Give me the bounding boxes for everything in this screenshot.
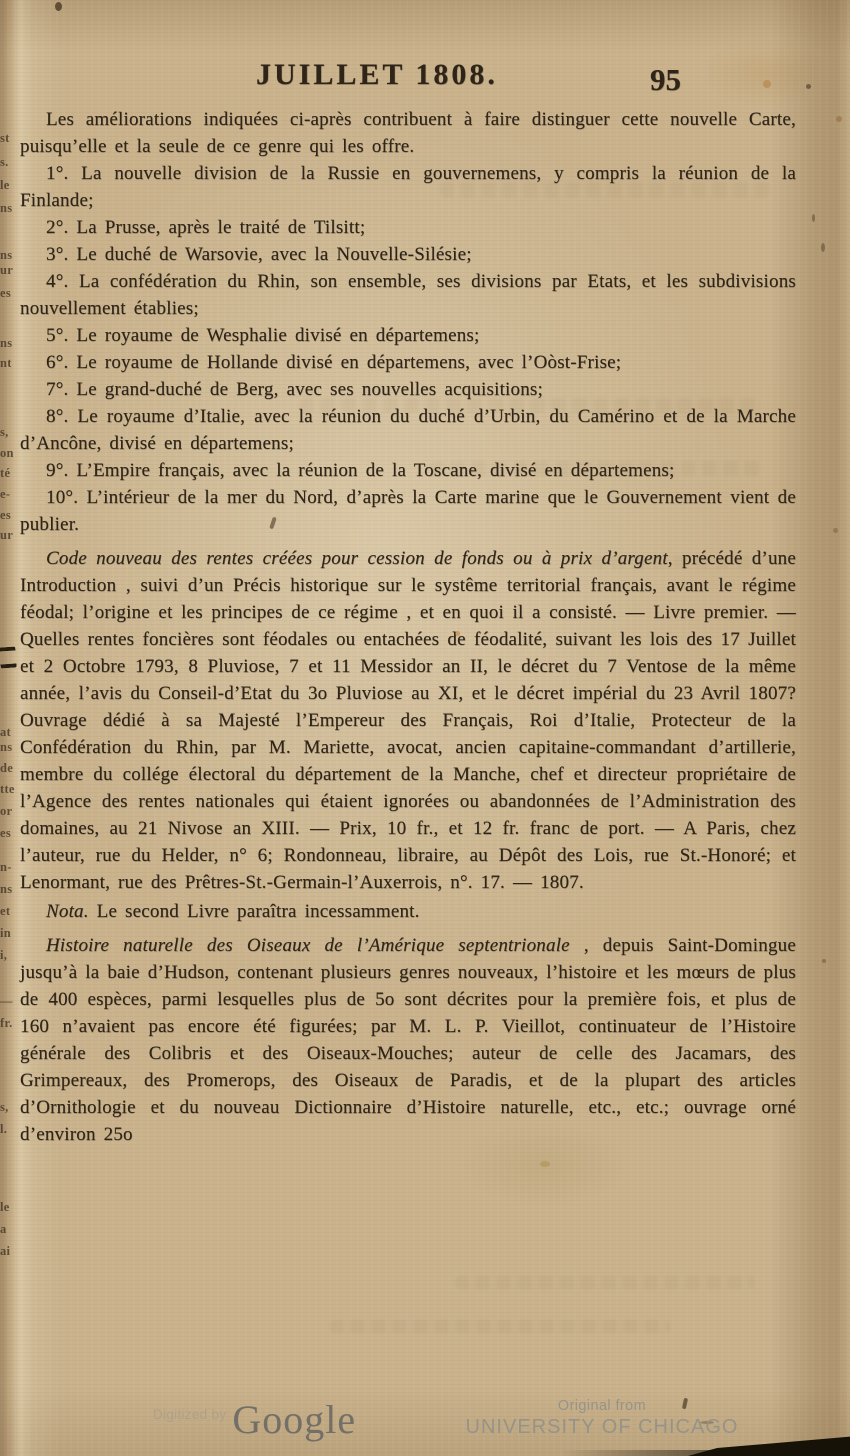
ink-speck [55,2,62,11]
margin-fragment: ns [0,336,22,350]
margin-fragment: i, [0,948,22,962]
margin-fragment: fr. [0,1016,22,1030]
ink-speck [822,959,826,963]
ink-speck [833,528,838,533]
paragraph: 6°. Le royaume de Hollande divisé en dép… [20,349,796,376]
paragraph: Nota. Le second Livre paraîtra incessamm… [20,898,796,925]
margin-fragment: ns [0,201,22,215]
margin-fragment: n- [0,860,22,874]
margin-fragment: or [0,804,22,818]
margin-fragment: ns [0,248,22,262]
institution-label: UNIVERSITY OF CHICAGO [458,1416,746,1439]
margin-fragment: ur [0,528,22,542]
margin-fragment: le [0,1200,22,1214]
paragraph: 2°. La Prusse, après le traité de Tilsit… [20,214,796,241]
body-text: Les améliorations indiquées ci-après con… [20,106,796,1148]
original-from-label: Original from [458,1398,746,1414]
book-page: JUILLET 1808. 95 Les améliorations indiq… [0,0,850,1456]
library-watermark: Original from UNIVERSITY OF CHICAGO [458,1398,746,1439]
margin-fragment: at [0,725,22,739]
margin-fragment: ai [0,1244,22,1258]
paragraph: Code nouveau des rentes créées pour cess… [20,545,796,896]
margin-fragment: — [0,994,22,1008]
paragraph: 5°. Le royaume de Wesphalie divisé en dé… [20,322,796,349]
margin-fragment: le [0,178,22,192]
paragraph: 10°. L’intérieur de la mer du Nord, d’ap… [20,484,796,538]
ink-speck [540,1161,550,1167]
margin-fragment: s, [0,425,22,439]
margin-fragment: et [0,904,22,918]
margin-fragment: e- [0,487,22,501]
margin-fragment: de [0,761,22,775]
google-logo: Google [232,1397,356,1442]
paragraph: 1°. La nouvelle division de la Russie en… [20,160,796,214]
margin-fragment: ns [0,740,22,754]
margin-fragment: nt [0,356,22,370]
ink-speck [836,116,842,122]
margin-fragment: es [0,508,22,522]
margin-fragment: té [0,466,22,480]
margin-fragment: on [0,446,22,460]
ink-speck [806,84,811,89]
page-number: 95 [650,62,681,98]
ink-speck [763,80,771,88]
ink-speck [812,214,815,222]
page-edge-shadow [560,1450,710,1456]
paragraph: 4°. La confédération du Rhin, son ensemb… [20,268,796,322]
margin-fragment: s, [0,1100,22,1114]
ink-mark [0,646,17,668]
margin-fragment: tte [0,782,22,796]
paragraph: Les améliorations indiquées ci-après con… [20,106,796,160]
bleedthrough-smudge [330,1320,670,1333]
margin-fragment: s. [0,155,22,169]
margin-fragment: st [0,131,22,145]
margin-fragment: es [0,826,22,840]
paragraph: 9°. L’Empire français, avec la réunion d… [20,457,796,484]
margin-fragment: ns [0,882,22,896]
paragraph: Histoire naturelle des Oiseaux de l’Amér… [20,932,796,1148]
margin-fragment: in [0,926,22,940]
paragraph: 3°. Le duché de Warsovie, avec la Nouvel… [20,241,796,268]
margin-fragment: es [0,286,22,300]
paragraph: 7°. Le grand-duché de Berg, avec ses nou… [20,376,796,403]
margin-fragment: l. [0,1122,22,1136]
margin-fragment: a [0,1222,22,1236]
google-watermark: Digitized byGoogle [153,1396,356,1443]
margin-fragment: ur [0,263,22,277]
ink-speck [821,243,825,252]
bleedthrough-smudge [455,1276,755,1289]
paragraph: 8°. Le royaume d’Italie, avec la réunion… [20,403,796,457]
digitized-by-label: Digitized by [153,1407,226,1422]
page-header-title: JUILLET 1808. [256,58,498,92]
